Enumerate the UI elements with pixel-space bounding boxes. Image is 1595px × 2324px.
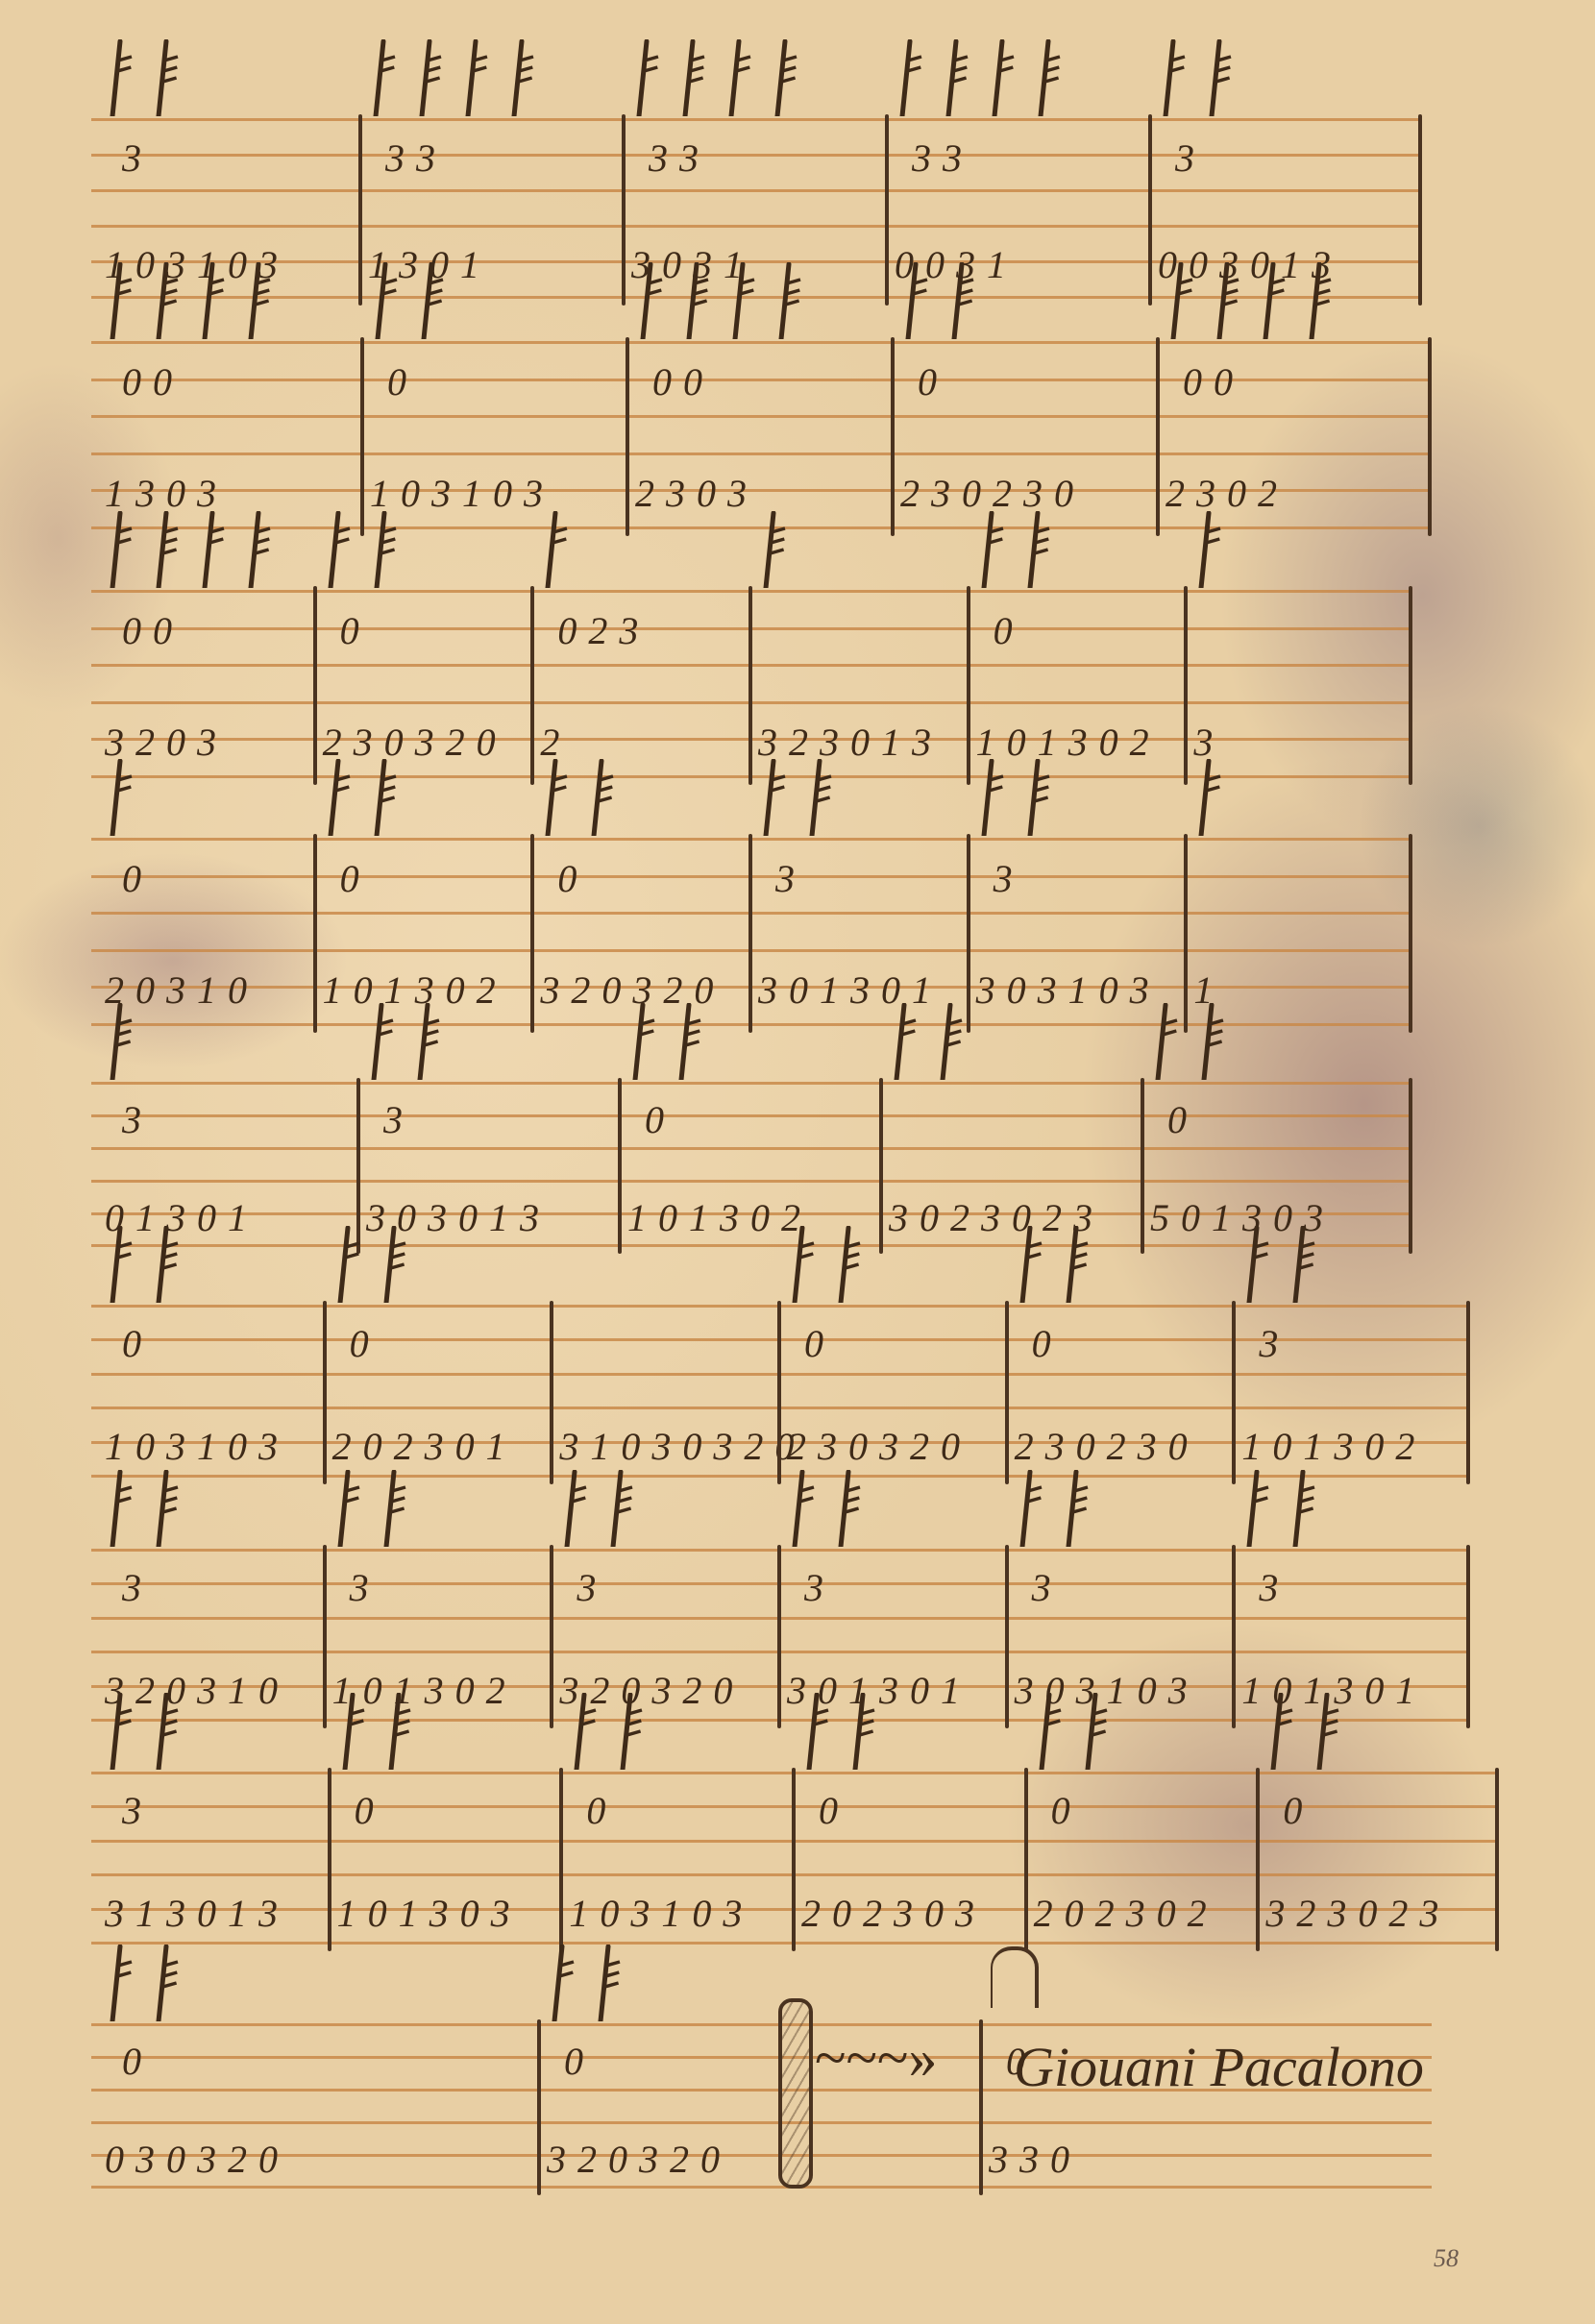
fret-numbers-lower: 2 0 2 3 0 1 xyxy=(332,1428,506,1466)
barline xyxy=(618,1078,622,1254)
barline xyxy=(530,586,534,785)
rhythm-flag-icon xyxy=(332,1470,361,1547)
barline xyxy=(1232,1301,1236,1484)
staff-line xyxy=(91,2023,1432,2026)
barline xyxy=(748,586,752,785)
fret-numbers-upper: 0 2 3 xyxy=(557,612,639,650)
barline xyxy=(323,1545,327,1728)
fret-numbers-lower: 2 3 0 3 2 0 xyxy=(787,1428,961,1466)
rhythm-flag-icon xyxy=(540,759,569,836)
rhythm-flag-icon xyxy=(366,1003,395,1080)
barline xyxy=(1409,586,1412,785)
fret-numbers-upper: 0 xyxy=(918,363,938,402)
rhythm-flag-icon xyxy=(895,39,923,116)
fret-numbers-upper: 3 3 xyxy=(385,139,436,178)
fret-numbers-upper: 0 xyxy=(645,1101,665,1139)
signature-flourish-icon: ~~~» xyxy=(815,2025,937,2092)
fret-numbers-upper: 0 xyxy=(340,860,360,898)
fret-numbers-upper: 3 xyxy=(804,1569,824,1607)
rhythm-flag-icon xyxy=(337,1693,366,1770)
staff-line xyxy=(91,225,1422,228)
fret-numbers-upper: 0 xyxy=(1032,1325,1052,1363)
rhythm-flag-icon xyxy=(1034,1693,1063,1770)
barline xyxy=(626,337,629,536)
fret-numbers-upper: 0 xyxy=(122,860,142,898)
rhythm-flag-icon xyxy=(627,1003,656,1080)
rhythm-flag-icon xyxy=(889,1003,918,1080)
barline xyxy=(313,586,317,785)
rhythm-flag-icon xyxy=(1193,759,1222,836)
rhythm-double-flag-icon xyxy=(941,39,969,116)
rhythm-flag-icon xyxy=(976,511,1005,588)
staff-line xyxy=(91,1114,1412,1117)
fret-numbers-upper: 3 xyxy=(1175,139,1195,178)
rhythm-flag-icon xyxy=(105,1693,134,1770)
rhythm-flag-icon xyxy=(547,1945,576,2021)
fret-numbers-lower: 3 2 0 3 xyxy=(105,723,217,762)
fret-numbers-upper: 3 xyxy=(122,139,142,178)
fret-numbers-lower: 3 2 3 0 1 3 xyxy=(758,723,932,762)
rhythm-flag-icon xyxy=(1258,262,1287,339)
rhythm-double-flag-icon xyxy=(833,1470,862,1547)
rhythm-flag-icon xyxy=(1150,1003,1179,1080)
rhythm-double-flag-icon xyxy=(1288,1226,1316,1303)
rhythm-flag-icon xyxy=(460,39,489,116)
rhythm-flag-icon xyxy=(323,759,352,836)
fret-numbers-upper: 3 xyxy=(1259,1325,1279,1363)
fret-numbers-upper: 0 0 xyxy=(652,363,703,402)
rhythm-double-flag-icon xyxy=(1204,39,1233,116)
rhythm-double-flag-icon xyxy=(615,1693,644,1770)
rhythm-double-flag-icon xyxy=(1022,759,1051,836)
rhythm-double-flag-icon xyxy=(151,1945,180,2021)
barline xyxy=(777,1301,781,1484)
barline xyxy=(1005,1301,1009,1484)
barline xyxy=(530,834,534,1033)
rhythm-double-flag-icon xyxy=(151,511,180,588)
barline xyxy=(879,1078,883,1254)
staff-line xyxy=(91,1082,1412,1085)
barline xyxy=(1495,1768,1499,1951)
barline xyxy=(891,337,895,536)
barline xyxy=(537,2019,541,2195)
barline xyxy=(1418,114,1422,306)
fret-numbers-upper: 3 xyxy=(350,1569,370,1607)
barline xyxy=(979,2019,983,2195)
rhythm-flag-icon xyxy=(332,1226,361,1303)
fret-numbers-upper: 3 xyxy=(122,1569,142,1607)
rhythm-flag-icon xyxy=(370,262,399,339)
rhythm-double-flag-icon xyxy=(379,1470,407,1547)
rhythm-double-flag-icon xyxy=(1061,1226,1090,1303)
rhythm-flag-icon xyxy=(197,511,226,588)
fret-numbers-upper: 0 0 xyxy=(1183,363,1234,402)
fret-numbers-lower: 1 0 3 1 0 3 xyxy=(105,1428,279,1466)
fret-numbers-upper: 3 xyxy=(1032,1569,1052,1607)
fret-numbers-upper: 0 xyxy=(340,612,360,650)
rhythm-double-flag-icon xyxy=(847,1693,876,1770)
fret-numbers-upper: 0 xyxy=(804,1325,824,1363)
rhythm-double-flag-icon xyxy=(151,1226,180,1303)
barline xyxy=(559,1768,563,1951)
fret-numbers-upper: 0 xyxy=(557,860,577,898)
rhythm-double-flag-icon xyxy=(773,262,802,339)
staff-line xyxy=(91,341,1432,344)
rhythm-double-flag-icon xyxy=(1304,262,1333,339)
barline xyxy=(885,114,889,306)
barline xyxy=(967,586,970,785)
barline xyxy=(1024,1768,1028,1951)
fret-numbers-lower: 3 2 3 0 2 3 xyxy=(1265,1895,1439,1933)
rhythm-double-flag-icon xyxy=(935,1003,964,1080)
barline xyxy=(1409,1078,1412,1254)
barline xyxy=(1232,1545,1236,1728)
fret-numbers-lower: 1 3 0 3 xyxy=(105,475,217,513)
rhythm-flag-icon xyxy=(1015,1470,1043,1547)
fret-numbers-lower: 1 0 1 3 0 2 xyxy=(323,971,497,1010)
rhythm-double-flag-icon xyxy=(243,511,272,588)
page-number: 58 xyxy=(1434,2244,1459,2273)
rhythm-flag-icon xyxy=(559,1470,588,1547)
rhythm-double-flag-icon xyxy=(243,262,272,339)
fret-numbers-upper: 3 3 xyxy=(649,139,699,178)
fret-numbers-upper: 3 xyxy=(1259,1569,1279,1607)
rhythm-flag-icon xyxy=(323,511,352,588)
fret-numbers-lower: 2 3 0 2 3 0 xyxy=(900,475,1074,513)
rhythm-double-flag-icon xyxy=(593,1945,622,2021)
rhythm-double-flag-icon xyxy=(369,511,398,588)
rhythm-double-flag-icon xyxy=(605,1470,634,1547)
fret-numbers-lower: 2 xyxy=(540,723,560,762)
fret-numbers-upper: 3 xyxy=(122,1792,142,1830)
rhythm-double-flag-icon xyxy=(770,39,798,116)
rhythm-flag-icon xyxy=(758,759,787,836)
rhythm-flag-icon xyxy=(1015,1226,1043,1303)
rhythm-flag-icon xyxy=(631,39,660,116)
barline xyxy=(792,1768,796,1951)
staff-line xyxy=(91,2154,1432,2157)
staff-line xyxy=(91,2186,1432,2189)
fret-numbers-upper: 3 3 xyxy=(912,139,963,178)
barline xyxy=(1156,337,1160,536)
rhythm-flag-icon xyxy=(635,262,664,339)
rhythm-double-flag-icon xyxy=(379,1226,407,1303)
signature: Giouani Pacalono xyxy=(1014,2035,1424,2099)
tablature-staff: 33 2 0 3 1 031 0 1 3 0 233 2 0 3 2 033 0… xyxy=(0,1549,1595,1723)
rhythm-double-flag-icon xyxy=(677,39,706,116)
fret-numbers-upper: 0 xyxy=(350,1325,370,1363)
barline xyxy=(622,114,626,306)
fret-numbers-upper: 0 xyxy=(564,2043,584,2081)
rhythm-flag-icon xyxy=(787,1226,816,1303)
fret-numbers-upper: 0 xyxy=(355,1792,375,1830)
barline xyxy=(358,114,362,306)
rhythm-double-flag-icon xyxy=(1212,262,1240,339)
rhythm-flag-icon xyxy=(540,511,569,588)
fret-numbers-lower: 1 0 1 3 0 2 xyxy=(976,723,1150,762)
rhythm-double-flag-icon xyxy=(369,759,398,836)
rhythm-flag-icon xyxy=(105,1470,134,1547)
final-barline xyxy=(778,1998,813,2189)
rhythm-flag-icon xyxy=(105,262,134,339)
rhythm-flag-icon xyxy=(900,262,929,339)
fret-numbers-lower: 2 0 2 3 0 2 xyxy=(1034,1895,1208,1933)
barline xyxy=(748,834,752,1033)
fret-numbers-lower: 2 0 2 3 0 3 xyxy=(801,1895,975,1933)
rhythm-flag-icon xyxy=(569,1693,598,1770)
tablature-staff: 0 03 2 0 302 3 0 3 2 00 2 323 2 3 0 1 30… xyxy=(0,590,1595,779)
fret-numbers-upper: 3 xyxy=(577,1569,597,1607)
rhythm-flag-icon xyxy=(368,39,397,116)
barline xyxy=(323,1301,327,1484)
fret-numbers-lower: 1 0 1 3 0 2 xyxy=(1241,1428,1415,1466)
rhythm-flag-icon xyxy=(787,1470,816,1547)
barline xyxy=(1184,834,1188,1033)
tablature-staff: 02 0 3 1 001 0 1 3 0 203 2 0 3 2 033 0 1… xyxy=(0,838,1595,1027)
rhythm-flag-icon xyxy=(801,1693,830,1770)
rhythm-flag-icon xyxy=(1265,1693,1294,1770)
barline xyxy=(1005,1545,1009,1728)
rhythm-double-flag-icon xyxy=(1080,1693,1109,1770)
rhythm-double-flag-icon xyxy=(1022,511,1051,588)
barline xyxy=(1428,337,1432,536)
rhythm-double-flag-icon xyxy=(946,262,975,339)
barline xyxy=(360,337,364,536)
rhythm-flag-icon xyxy=(105,759,134,836)
fret-numbers-upper: 0 xyxy=(122,1325,142,1363)
fret-numbers-upper: 0 xyxy=(586,1792,606,1830)
rhythm-double-flag-icon xyxy=(833,1226,862,1303)
rhythm-double-flag-icon xyxy=(383,1693,412,1770)
rhythm-flag-icon xyxy=(1166,262,1194,339)
barline xyxy=(1148,114,1152,306)
barline xyxy=(1256,1768,1260,1951)
fret-numbers-upper: 0 xyxy=(1051,1792,1071,1830)
barline xyxy=(967,834,970,1033)
barline xyxy=(550,1301,553,1484)
rhythm-double-flag-icon xyxy=(151,1693,180,1770)
rhythm-double-flag-icon xyxy=(674,1003,702,1080)
staff-line xyxy=(91,1180,1412,1183)
rhythm-double-flag-icon xyxy=(804,759,833,836)
staff-line xyxy=(91,1147,1412,1150)
fret-numbers-lower: 3 0 3 1 0 3 xyxy=(976,971,1150,1010)
rhythm-double-flag-icon xyxy=(151,1470,180,1547)
tablature-staff: 0 01 3 0 301 0 3 1 0 30 02 3 0 302 3 0 2… xyxy=(0,341,1595,530)
fret-numbers-lower: 1 0 3 1 0 3 xyxy=(569,1895,743,1933)
rhythm-flag-icon xyxy=(197,262,226,339)
fret-numbers-upper: 3 xyxy=(122,1101,142,1139)
rhythm-double-flag-icon xyxy=(105,1003,134,1080)
rhythm-flag-icon xyxy=(1241,1226,1270,1303)
rhythm-double-flag-icon xyxy=(416,262,445,339)
fret-numbers-upper: 0 xyxy=(994,612,1014,650)
barline xyxy=(1409,834,1412,1033)
fret-numbers-upper: 0 xyxy=(1283,1792,1303,1830)
barline xyxy=(1141,1078,1144,1254)
rhythm-double-flag-icon xyxy=(414,39,443,116)
barline xyxy=(550,1545,553,1728)
rhythm-flag-icon xyxy=(105,1226,134,1303)
fret-numbers-lower: 3 xyxy=(1193,723,1214,762)
staff-line xyxy=(91,1244,1412,1247)
rhythm-double-flag-icon xyxy=(1288,1470,1316,1547)
rhythm-double-flag-icon xyxy=(151,262,180,339)
staff-line xyxy=(91,189,1422,192)
rhythm-flag-icon xyxy=(105,1945,134,2021)
fret-numbers-lower: 3 1 3 0 1 3 xyxy=(105,1895,279,1933)
fermata-icon xyxy=(991,1946,1039,2008)
rhythm-flag-icon xyxy=(1193,511,1222,588)
barline xyxy=(328,1768,331,1951)
fret-numbers-upper: 0 0 xyxy=(122,363,173,402)
staff-line xyxy=(91,453,1432,455)
fret-numbers-lower: 2 3 0 3 xyxy=(635,475,748,513)
rhythm-flag-icon xyxy=(987,39,1016,116)
rhythm-flag-icon xyxy=(105,39,134,116)
rhythm-double-flag-icon xyxy=(1196,1003,1225,1080)
fret-numbers-lower: 3 2 0 3 2 0 xyxy=(547,2141,721,2179)
barline xyxy=(1466,1301,1470,1484)
rhythm-double-flag-icon xyxy=(1312,1693,1340,1770)
barline xyxy=(1184,586,1188,785)
rhythm-flag-icon xyxy=(727,262,756,339)
fret-numbers-upper: 3 xyxy=(994,860,1014,898)
rhythm-double-flag-icon xyxy=(506,39,535,116)
fret-numbers-lower: 3 1 0 3 0 3 2 0 xyxy=(559,1428,795,1466)
rhythm-double-flag-icon xyxy=(1061,1470,1090,1547)
fret-numbers-lower: 2 3 0 2 xyxy=(1166,475,1278,513)
staff-line xyxy=(91,118,1422,121)
fret-numbers-upper: 0 xyxy=(122,2043,142,2081)
fret-numbers-lower: 2 3 0 3 2 0 xyxy=(323,723,497,762)
rhythm-double-flag-icon xyxy=(151,39,180,116)
staff-line xyxy=(91,2121,1432,2124)
fret-numbers-upper: 0 xyxy=(387,363,407,402)
rhythm-flag-icon xyxy=(976,759,1005,836)
rhythm-double-flag-icon xyxy=(681,262,710,339)
fret-numbers-lower: 2 3 0 2 3 0 xyxy=(1015,1428,1189,1466)
fret-numbers-lower: 1 0 1 3 0 2 xyxy=(627,1199,801,1237)
staff-line xyxy=(91,154,1422,157)
rhythm-flag-icon xyxy=(1241,1470,1270,1547)
fret-numbers-upper: 0 0 xyxy=(122,612,173,650)
rhythm-flag-icon xyxy=(1158,39,1187,116)
fret-numbers-lower: 0 3 0 3 2 0 xyxy=(105,2141,279,2179)
fret-numbers-upper: 0 xyxy=(1167,1101,1188,1139)
fret-numbers-upper: 0 xyxy=(819,1792,839,1830)
barline xyxy=(777,1545,781,1728)
fret-numbers-upper: 3 xyxy=(775,860,796,898)
rhythm-flag-icon xyxy=(724,39,752,116)
rhythm-double-flag-icon xyxy=(412,1003,441,1080)
barline xyxy=(313,834,317,1033)
rhythm-double-flag-icon xyxy=(1033,39,1062,116)
fret-numbers-lower: 1 0 1 3 0 3 xyxy=(337,1895,511,1933)
rhythm-double-flag-icon xyxy=(758,511,787,588)
staff-line xyxy=(91,415,1432,418)
barline xyxy=(1466,1545,1470,1728)
rhythm-flag-icon xyxy=(105,511,134,588)
rhythm-double-flag-icon xyxy=(586,759,615,836)
fret-numbers-upper: 3 xyxy=(383,1101,404,1139)
tablature-staff: 01 0 3 1 0 302 0 2 3 0 13 1 0 3 0 3 2 00… xyxy=(0,1305,1595,1479)
tablature-staff: 30 1 3 0 133 0 3 0 1 301 0 1 3 0 23 0 2 … xyxy=(0,1082,1595,1248)
fret-numbers-lower: 1 0 3 1 0 3 xyxy=(370,475,544,513)
fret-numbers-lower: 3 3 0 xyxy=(989,2141,1070,2179)
tablature-staff: 33 1 3 0 1 301 0 1 3 0 301 0 3 1 0 302 0… xyxy=(0,1772,1595,1945)
